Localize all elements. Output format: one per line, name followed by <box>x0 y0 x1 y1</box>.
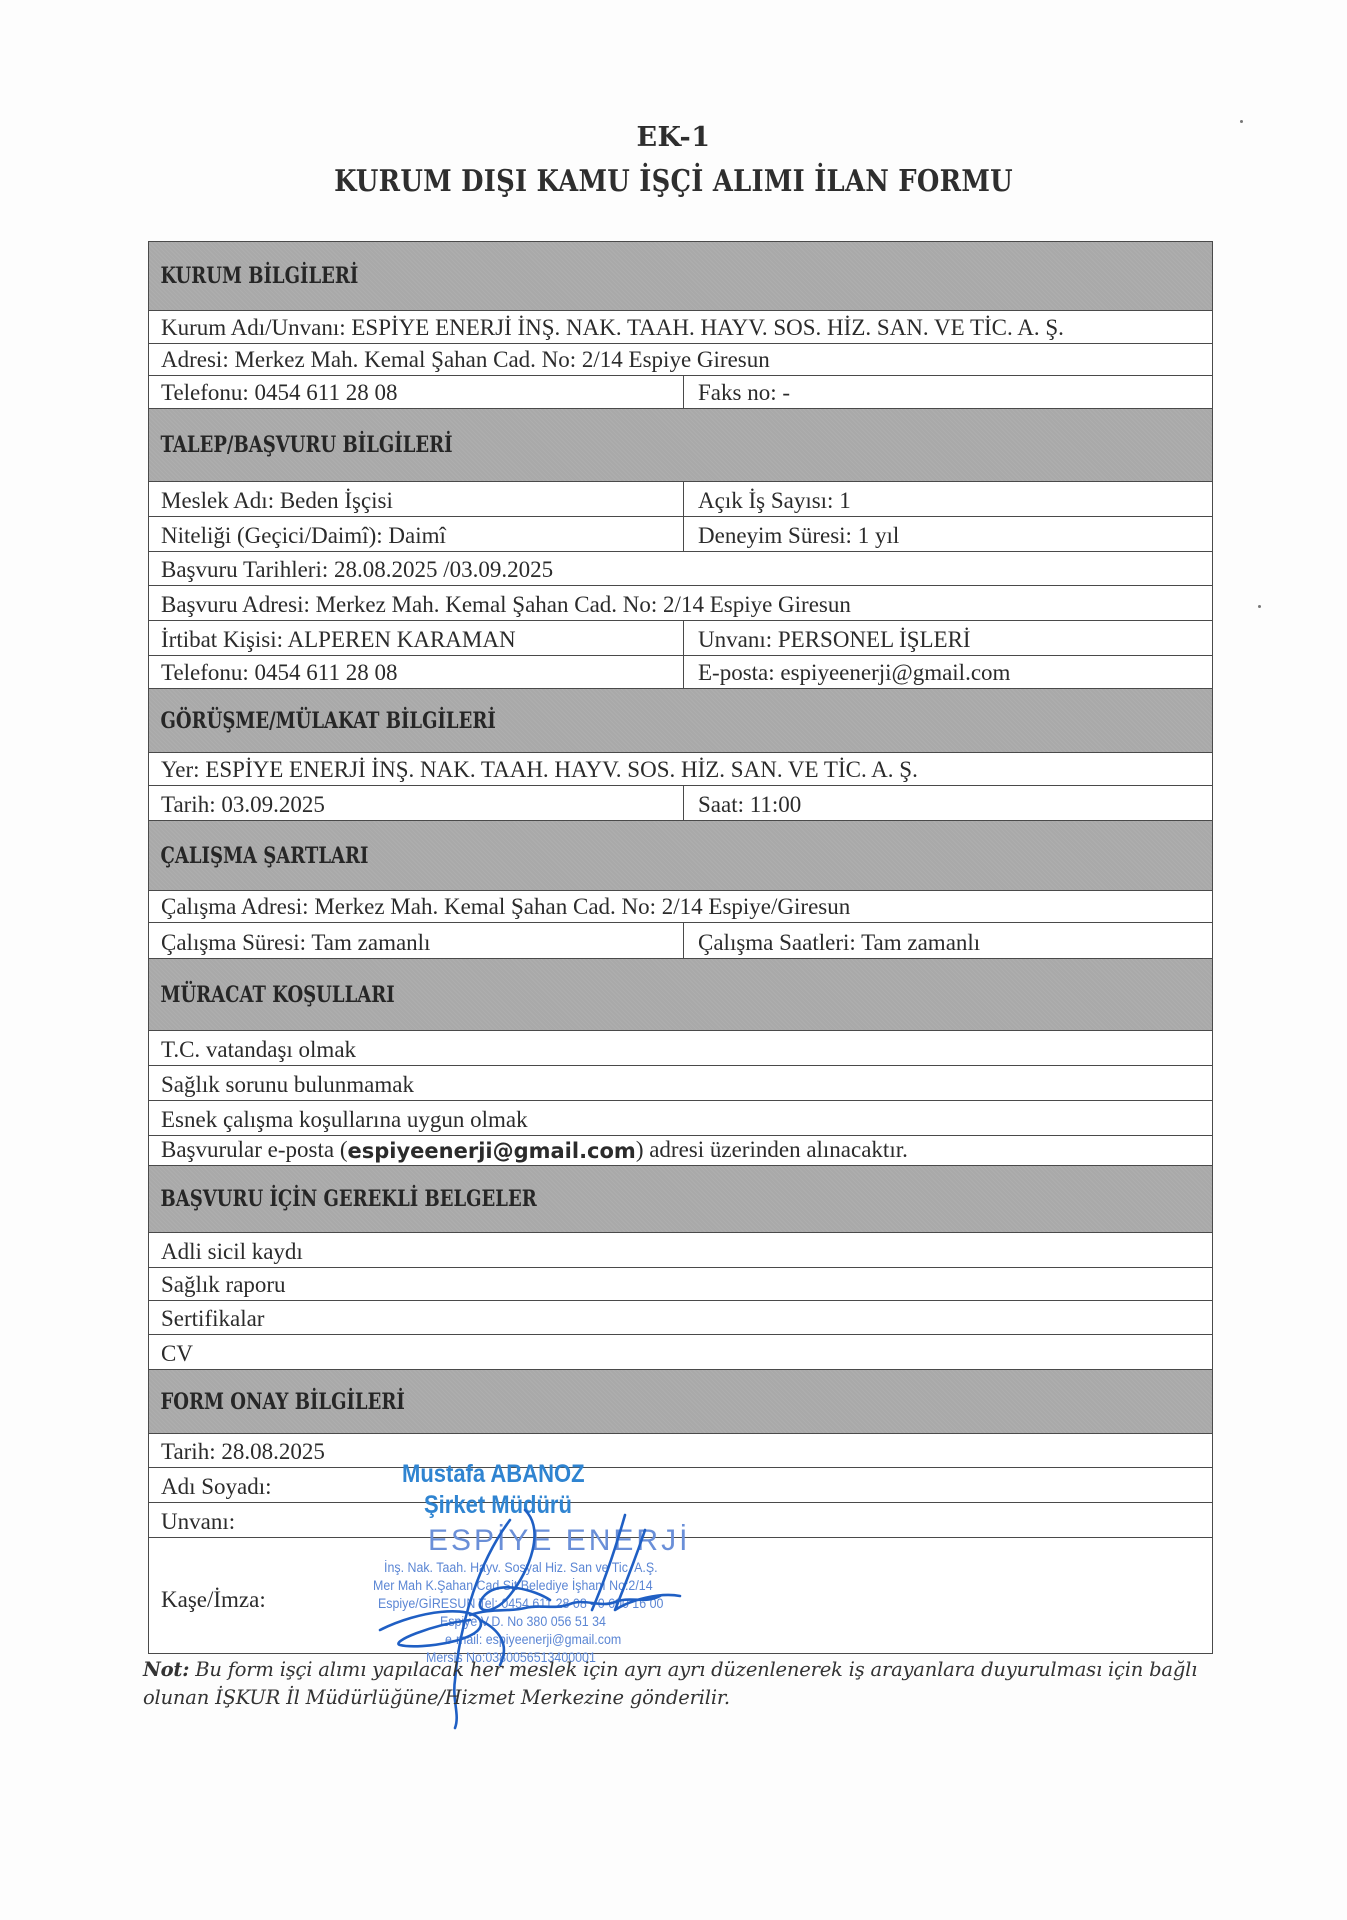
stamp-line: Mer Mah K.Şahan Cad Sit Belediye İşhanı … <box>373 1578 653 1593</box>
form-title: KURUM DIŞI KAMU İŞÇİ ALIMI İLAN FORMU <box>94 164 1252 199</box>
institution-name: Kurum Adı/Unvanı: ESPİYE ENERJİ İNŞ. NAK… <box>149 311 1212 343</box>
section-title: MÜRACAT KOŞULLARI <box>149 982 395 1008</box>
field-row: Yer: ESPİYE ENERJİ İNŞ. NAK. TAAH. HAYV.… <box>149 753 1212 786</box>
condition-item: Esnek çalışma koşullarına uygun olmak <box>149 1101 1212 1135</box>
open-positions: Açık İş Sayısı: 1 <box>684 482 1212 516</box>
approver-name-label: Adı Soyadı: <box>149 1468 1212 1502</box>
work-duration: Çalışma Süresi: Tam zamanlı <box>149 923 684 958</box>
annex-label: EK-1 <box>0 122 1347 153</box>
field-row: Kurum Adı/Unvanı: ESPİYE ENERJİ İNŞ. NAK… <box>149 311 1212 344</box>
condition-row: Esnek çalışma koşullarına uygun olmak <box>149 1101 1212 1136</box>
application-address: Başvuru Adresi: Merkez Mah. Kemal Şahan … <box>149 586 1212 620</box>
field-row: Telefonu: 0454 611 28 08 E-posta: espiye… <box>149 656 1212 689</box>
interview-time: Saat: 11:00 <box>684 786 1212 820</box>
condition-email: Başvurular e-posta (espiyeenerji@gmail.c… <box>149 1136 1212 1165</box>
condition-row: Sağlık sorunu bulunmamak <box>149 1066 1212 1101</box>
scan-speck <box>1258 605 1261 608</box>
field-row: Başvuru Adresi: Merkez Mah. Kemal Şahan … <box>149 586 1212 621</box>
footnote: Not: Bu form işçi alımı yapılacak her me… <box>143 1656 1223 1712</box>
condition-email-prefix: Başvurular e-posta ( <box>161 1137 348 1163</box>
contact-phone: Telefonu: 0454 611 28 08 <box>149 656 684 688</box>
field-row: Meslek Adı: Beden İşçisi Açık İş Sayısı:… <box>149 482 1212 517</box>
footnote-text: Bu form işçi alımı yapılacak her meslek … <box>143 1658 1197 1709</box>
section-header-kurum: KURUM BİLGİLERİ <box>149 242 1212 311</box>
experience: Deneyim Süresi: 1 yıl <box>684 517 1212 551</box>
contact-title: Unvanı: PERSONEL İŞLERİ <box>684 621 1212 655</box>
condition-item: T.C. vatandaşı olmak <box>149 1031 1212 1065</box>
approval-date: Tarih: 28.08.2025 <box>149 1434 1212 1467</box>
stamp-line: Espiye/GİRESUN Tel: 0454 611 28 08 - 0 6… <box>378 1596 663 1611</box>
section-header-calisma: ÇALIŞMA ŞARTLARI <box>149 821 1212 891</box>
work-hours: Çalışma Saatleri: Tam zamanlı <box>684 923 1212 958</box>
section-title: GÖRÜŞME/MÜLAKAT BİLGİLERİ <box>149 708 496 734</box>
stamp-role: Şirket Müdürü <box>424 1491 572 1520</box>
nature: Niteliği (Geçici/Daimî): Daimî <box>149 517 684 551</box>
footnote-label: Not: <box>143 1658 189 1681</box>
document-item: CV <box>149 1335 1212 1369</box>
interview-place: Yer: ESPİYE ENERJİ İNŞ. NAK. TAAH. HAYV.… <box>149 753 1212 785</box>
field-row: Telefonu: 0454 611 28 08 Faks no: - <box>149 376 1212 409</box>
stamp-company: ESPİYE ENERJİ <box>428 1524 690 1558</box>
application-dates: Başvuru Tarihleri: 28.08.2025 /03.09.202… <box>149 552 1212 585</box>
field-row: Tarih: 28.08.2025 <box>149 1434 1212 1468</box>
field-row: Başvuru Tarihleri: 28.08.2025 /03.09.202… <box>149 552 1212 586</box>
field-row: Niteliği (Geçici/Daimî): Daimî Deneyim S… <box>149 517 1212 552</box>
contact-email: E-posta: espiyeenerji@gmail.com <box>684 656 1212 688</box>
stamp-line: Espiye V.D. No 380 056 51 34 <box>440 1614 606 1629</box>
condition-row: T.C. vatandaşı olmak <box>149 1031 1212 1066</box>
document-item: Adli sicil kaydı <box>149 1233 1212 1267</box>
stamp-line: İnş. Nak. Taah. Hayv. Sosyal Hiz. San ve… <box>384 1560 658 1575</box>
field-row: Çalışma Adresi: Merkez Mah. Kemal Şahan … <box>149 891 1212 923</box>
field-row: İrtibat Kişisi: ALPEREN KARAMAN Unvanı: … <box>149 621 1212 656</box>
section-title: TALEP/BAŞVURU BİLGİLERİ <box>149 432 453 458</box>
contact-person: İrtibat Kişisi: ALPEREN KARAMAN <box>149 621 684 655</box>
section-title: KURUM BİLGİLERİ <box>149 263 358 289</box>
stamp-line: e-mail: espiyeenerji@gmail.com <box>445 1632 621 1647</box>
document-item: Sertifikalar <box>149 1301 1212 1334</box>
institution-fax: Faks no: - <box>684 376 1212 408</box>
announcement-form: KURUM BİLGİLERİ Kurum Adı/Unvanı: ESPİYE… <box>148 241 1213 1654</box>
field-row: Tarih: 03.09.2025 Saat: 11:00 <box>149 786 1212 821</box>
document-row: Sağlık raporu <box>149 1268 1212 1301</box>
field-row: Çalışma Süresi: Tam zamanlı Çalışma Saat… <box>149 923 1212 959</box>
application-email-link[interactable]: espiyeenerji@gmail.com <box>348 1139 636 1163</box>
field-row: Adı Soyadı: <box>149 1468 1212 1503</box>
condition-item: Sağlık sorunu bulunmamak <box>149 1066 1212 1100</box>
stamp-name: Mustafa ABANOZ <box>402 1460 585 1489</box>
section-header-onay: FORM ONAY BİLGİLERİ <box>149 1370 1212 1434</box>
institution-address: Adresi: Merkez Mah. Kemal Şahan Cad. No:… <box>149 344 1212 375</box>
interview-date: Tarih: 03.09.2025 <box>149 786 684 820</box>
section-title: BAŞVURU İÇİN GEREKLİ BELGELER <box>149 1186 537 1212</box>
section-title: FORM ONAY BİLGİLERİ <box>149 1389 405 1415</box>
section-header-talep: TALEP/BAŞVURU BİLGİLERİ <box>149 409 1212 482</box>
scan-speck <box>1240 120 1243 123</box>
work-address: Çalışma Adresi: Merkez Mah. Kemal Şahan … <box>149 891 1212 922</box>
section-header-gorusme: GÖRÜŞME/MÜLAKAT BİLGİLERİ <box>149 689 1212 753</box>
occupation: Meslek Adı: Beden İşçisi <box>149 482 684 516</box>
document-row: Sertifikalar <box>149 1301 1212 1335</box>
section-title: ÇALIŞMA ŞARTLARI <box>149 843 368 869</box>
condition-email-suffix: ) adresi üzerinden alınacaktır. <box>636 1137 908 1163</box>
field-row: Adresi: Merkez Mah. Kemal Şahan Cad. No:… <box>149 344 1212 376</box>
institution-phone: Telefonu: 0454 611 28 08 <box>149 376 684 408</box>
condition-row: Başvurular e-posta (espiyeenerji@gmail.c… <box>149 1136 1212 1166</box>
document-item: Sağlık raporu <box>149 1268 1212 1300</box>
document-row: CV <box>149 1335 1212 1370</box>
section-header-muracat: MÜRACAT KOŞULLARI <box>149 959 1212 1031</box>
section-header-belgeler: BAŞVURU İÇİN GEREKLİ BELGELER <box>149 1166 1212 1233</box>
document-row: Adli sicil kaydı <box>149 1233 1212 1268</box>
